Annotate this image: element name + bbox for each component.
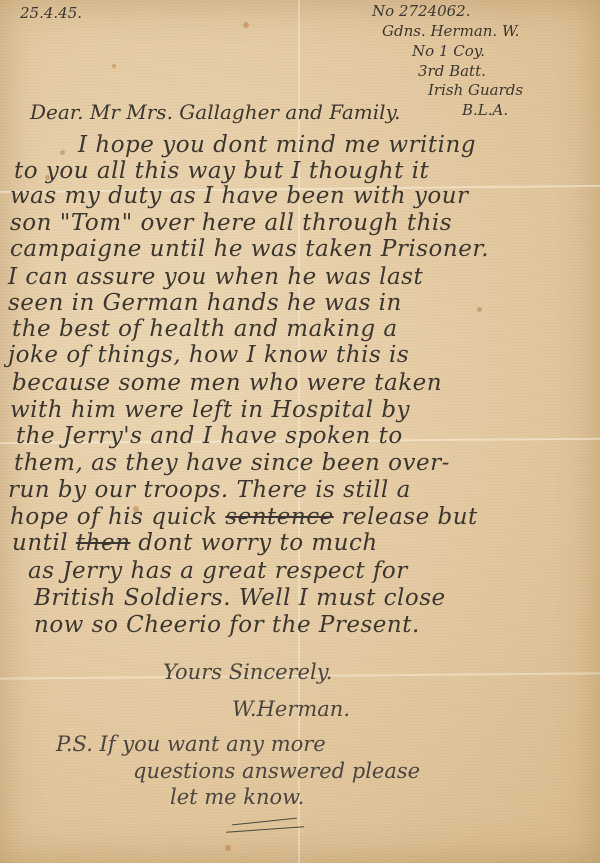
struck-word: sentence [225,504,333,530]
body-text: release but [342,504,478,530]
body-line: with him were left in Hospital by [10,397,410,423]
end-mark [226,826,304,832]
body-line: run by our troops. There is still a [8,477,411,503]
body-line: son "Tom" over here all through this [10,210,452,236]
stain-mark [243,22,249,28]
struck-word: then [76,530,130,556]
body-line: was my duty as I have been with your [10,183,469,209]
body-line: hope of his quick sentence release but [10,504,478,530]
sender-name: Gdns. Herman. W. [382,22,520,40]
postscript-line: P.S. If you want any more [56,732,326,756]
service-number: No 2724062. [372,2,471,20]
body-line: them, as they have since been over- [14,450,450,476]
body-text: dont worry to much [138,530,377,556]
body-line: now so Cheerio for the Present. [34,612,420,638]
body-text: hope of his quick [10,504,217,530]
body-line: as Jerry has a great respect for [28,558,408,584]
stain-mark [112,64,116,68]
sender-company: No 1 Coy. [412,42,485,60]
body-line: campaigne until he was taken Prisoner. [10,236,489,262]
letter-page: 25.4.45. No 2724062. Gdns. Herman. W. No… [0,0,600,863]
stain-mark [477,307,482,312]
signature: W.Herman. [232,697,350,721]
sender-regiment: Irish Guards [428,81,523,99]
body-line: I can assure you when he was last [8,264,423,290]
body-line: the Jerry's and I have spoken to [16,423,403,449]
body-line: British Soldiers. Well I must close [34,585,446,611]
body-line: the best of health and making a [12,316,398,342]
stain-mark [225,845,231,851]
body-line: joke of things, how I know this is [8,342,409,368]
sender-location: B.L.A. [462,101,508,119]
body-line: to you all this way but I thought it [14,158,429,184]
closing: Yours Sincerely. [163,660,332,684]
body-line: seen in German hands he was in [8,290,402,316]
sender-battalion: 3rd Batt. [418,62,486,80]
body-text: until [12,530,68,556]
salutation: Dear. Mr Mrs. Gallagher and Family. [30,100,401,124]
end-mark [232,818,297,826]
letter-date: 25.4.45. [20,4,82,22]
postscript-line: let me know. [170,785,304,809]
body-line: until then dont worry to much [12,530,378,556]
stain-mark [60,150,65,155]
body-line: because some men who were taken [12,370,442,396]
postscript-line: questions answered please [133,759,420,783]
body-line: I hope you dont mind me writing [78,132,476,158]
